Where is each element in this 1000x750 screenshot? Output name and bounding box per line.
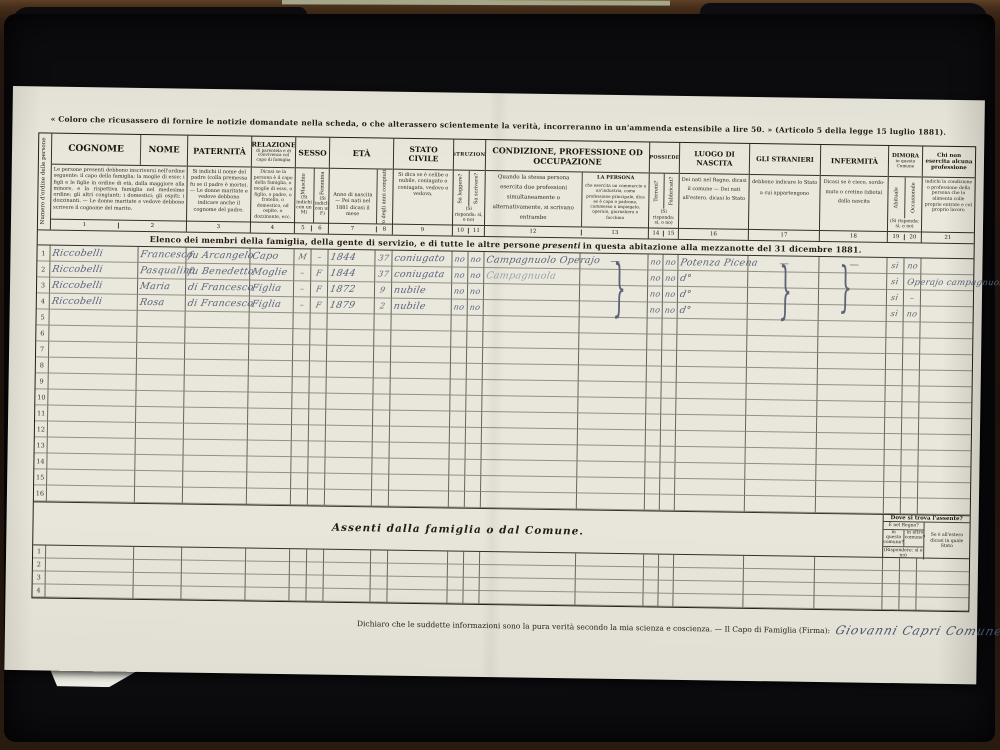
handwritten-entry: 1844	[329, 252, 356, 263]
handwritten-entry: F	[315, 301, 322, 310]
handwritten-entry: Riccobelli	[51, 248, 103, 259]
col-number: 21	[922, 234, 974, 241]
handwritten-entry: no	[664, 258, 676, 267]
handwritten-entry: no	[649, 306, 661, 315]
col-possiede: POSSIEDE Terreni? Fabbricati? (Si rispon…	[649, 142, 680, 238]
femmina-label: Femmina	[320, 172, 325, 196]
handwritten-entry: Maria	[139, 281, 171, 292]
handwritten-entry: fu Arcangelo	[187, 250, 254, 261]
handwritten-entry: sì	[890, 293, 899, 302]
nome-title: NOME	[141, 135, 187, 166]
handwritten-entry: 37	[377, 270, 389, 279]
handwritten-entry: no	[453, 303, 465, 312]
handwritten-entry: no	[470, 255, 482, 264]
handwritten-entry: 1844	[329, 268, 356, 279]
handwritten-entry: Moglie	[251, 267, 288, 278]
handwritten-entry: no	[664, 290, 676, 299]
handwritten-entry: nubile	[393, 285, 427, 296]
luogo-nascita-note: Dei nati nel Regno, dicasi il comune — D…	[679, 174, 748, 206]
handwritten-entry: no	[453, 287, 465, 296]
handwritten-entry: no	[454, 271, 466, 280]
col-number: 16	[679, 231, 748, 238]
handwritten-entry: Riccobelli	[51, 280, 103, 291]
col-number: 8	[377, 226, 392, 232]
paternita-title: PATERNITÀ	[188, 136, 251, 168]
stranieri-note: debbono indicare lo Stato a cui apparten…	[749, 175, 819, 201]
row-number: 14	[36, 457, 44, 465]
handwritten-entry: 1872	[329, 284, 356, 295]
terreni-label: Terreni?	[654, 181, 659, 202]
istruzione-title: ISTRUZIONE	[454, 140, 485, 171]
row-number: 11	[37, 409, 45, 417]
possiede-note: (Si risponda: sì, o no)	[649, 209, 678, 228]
head-of-family-signature: Giovanni Capri Comunegro —	[834, 623, 1000, 638]
col-number: 20	[905, 234, 921, 240]
col-number: 14	[649, 230, 664, 236]
col-number: 18	[820, 233, 887, 240]
handwritten-entry: no	[649, 290, 661, 299]
census-sheet: « Coloro che ricusassero di fornire le n…	[4, 86, 985, 684]
row-number: 9	[39, 377, 43, 385]
handwritten-entry: sì	[890, 309, 899, 318]
col-number: 19	[888, 234, 905, 240]
col-eta: ETÀ Anno di nascita — Pei nati nel 1881 …	[329, 138, 394, 235]
chi-non-title: Chi non esercita alcuna professione	[923, 147, 975, 179]
col-number: 7	[329, 226, 377, 233]
handwritten-entry: di Francesco	[187, 282, 255, 293]
handwritten-entry: Campagnuola	[485, 270, 557, 281]
cognome-title: COGNOME	[52, 134, 141, 165]
handwritten-entry: –	[299, 300, 305, 309]
handwritten-entry: sì	[891, 277, 900, 286]
col-luogo-nascita: LUOGO DI NASCITA Dei nati nel Regno, dic…	[679, 143, 750, 240]
handwritten-entry: no	[469, 287, 481, 296]
col-number: 1	[51, 222, 119, 229]
col-number: 2	[119, 223, 186, 230]
handwritten-entry: –	[317, 253, 323, 262]
questo-comune-label: in questo comune?	[883, 530, 905, 546]
row-number: 8	[40, 361, 44, 369]
handwritten-entry: coniugata	[393, 269, 445, 280]
handwritten-entry: no	[906, 261, 918, 270]
col-number: 17	[749, 232, 819, 239]
handwritten-entry: Operajo campagnuolo	[906, 277, 1000, 287]
handwritten-entry: d°	[679, 305, 692, 316]
luogo-nascita-title: LUOGO DI NASCITA	[680, 143, 749, 175]
cognome-nome-note: Le persone presenti debbono inscriversi …	[51, 165, 187, 215]
relazione-subtitle: di parentela e di convivenza col capo di…	[252, 148, 295, 162]
condizione-note-b: che esercita un commercio o un'industria…	[582, 180, 649, 222]
col-number: 11	[469, 228, 484, 234]
maschio-label: Maschio	[302, 173, 307, 194]
handwritten-entry: d°	[679, 289, 692, 300]
handwritten-entry: no	[649, 274, 661, 283]
handwritten-entry: coniugato	[393, 253, 445, 264]
handwritten-entry: 1879	[329, 300, 356, 311]
handwritten-entry: –	[909, 293, 915, 302]
handwritten-entry: Capo	[251, 251, 279, 262]
handwritten-entry: nubile	[393, 301, 427, 312]
col-number: 5	[295, 225, 312, 231]
photo-of-census-sheet: « Coloro che ricusassero di fornire le n…	[0, 0, 1000, 750]
femmina-note: (Si indichi con un F)	[314, 195, 329, 219]
relazione-note: Dicasi se la persona è il capo della fam…	[251, 168, 295, 223]
stato-civile-title: STATO CIVILE	[394, 139, 453, 171]
dimora-subtitle: in questo Comune	[889, 159, 922, 169]
handwritten-entry: no	[649, 258, 661, 267]
col-chi-non-esercita: Chi non esercita alcuna professione indi…	[922, 147, 975, 244]
handwritten-entry: Campagnuolo Operajo	[485, 255, 601, 266]
condizione-note-a: Quando la stessa persona esercita due pr…	[485, 171, 582, 226]
handwritten-entry: d°	[679, 273, 692, 284]
altro-comune-label: in altro comune?	[905, 530, 926, 546]
eta-title: ETÀ	[330, 138, 393, 170]
row-number: 16	[36, 489, 44, 497]
row-number: 1	[41, 249, 45, 257]
row-number: 4	[41, 297, 45, 305]
condizione-title: CONDIZIONE, PROFESSIONE OD OCCUPAZIONE	[486, 140, 649, 173]
background-highlight	[282, 0, 670, 6]
anno-nascita-note: Anno di nascita — Pei nati nel 1881 dica…	[329, 190, 376, 220]
handwritten-entry: Rosa	[139, 297, 166, 308]
occasionale-label: Occasionale	[911, 182, 916, 213]
row-number: 4	[36, 586, 40, 594]
col-istruzione: ISTRUZIONE Sa leggere? Sa scrivere? (Si …	[453, 140, 486, 236]
row-number: 15	[36, 473, 44, 481]
handwritten-entry: no	[454, 255, 466, 264]
istruzione-note: (Si risponda: sì, o no)	[453, 206, 484, 225]
col-number: 6	[312, 225, 328, 231]
col-number: 13	[582, 229, 648, 236]
handwritten-entry: sì	[891, 261, 900, 270]
col-sesso: SESSO Maschio(Si indichi con un M) Femmi…	[295, 137, 330, 233]
maschio-note: (Si indichi con un M)	[295, 194, 313, 218]
handwritten-entry: 2	[379, 302, 386, 311]
row-number: 3	[37, 573, 41, 581]
handwritten-entry: no	[664, 274, 676, 283]
numero-ordine-label: Numero d'ordine delle persone	[41, 133, 48, 229]
infermita-title: INFERMITÀ	[821, 145, 888, 177]
col-infermita: INFERMITÀ Dicasi se è cieco, sordo-muto …	[820, 145, 889, 242]
handwritten-entry: Francesco	[139, 249, 194, 260]
row-number: 2	[41, 265, 45, 273]
col-number: 10	[453, 228, 469, 234]
handwritten-entry: F	[315, 285, 322, 294]
declaration-line: Dichiaro che le suddette informazioni so…	[357, 615, 1000, 639]
row-number: 6	[40, 329, 44, 337]
anni-compiuti-label: Numero degli anni compiuti	[382, 169, 388, 223]
handwritten-entry: Potenza Picena	[679, 257, 758, 268]
handwritten-entry: –	[299, 268, 305, 277]
col-stato-civile: STATO CIVILE Si dica se è celibe o nubil…	[393, 139, 454, 236]
estero-label: Se è all'estero dicasi in quale Stato	[924, 523, 970, 560]
infermita-note: Dicasi se è cieco, sordo-muto o cretino …	[820, 176, 887, 209]
handwritten-entry: Figlia	[251, 299, 282, 310]
declaration-text: Dichiaro che le suddette informazioni so…	[357, 619, 830, 635]
handwritten-entry: —	[609, 256, 621, 267]
col-relazione: RELAZIONE di parentela e di convivenza c…	[251, 137, 296, 234]
sa-leggere-label: Sa leggere?	[458, 173, 463, 203]
dove-si-trova-box: Dove si trova l'assente? È nel Regno? in…	[882, 515, 970, 558]
handwritten-entry: di Francesco	[187, 298, 255, 309]
handwritten-entry: no	[664, 306, 676, 315]
paternita-note: Si indichi il nome del padre (colla prem…	[187, 167, 251, 216]
col-stranieri: GLI STRANIERI debbono indicare lo Stato …	[749, 144, 821, 241]
handwritten-entry: no	[906, 309, 918, 318]
handwritten-entry: 9	[379, 286, 386, 295]
handwritten-entry: 37	[377, 254, 389, 263]
census-table: Numero d'ordine delle persone COGNOME NO…	[31, 132, 976, 612]
table-header: Numero d'ordine delle persone COGNOME NO…	[38, 133, 975, 244]
col-condizione: CONDIZIONE, PROFESSIONE OD OCCUPAZIONE Q…	[485, 140, 650, 238]
abituale-label: Abituale	[894, 187, 899, 208]
possiede-title: POSSIEDE	[650, 142, 679, 173]
col-paternita: PATERNITÀ Si indichi il nome del padre (…	[187, 136, 252, 233]
stato-civile-note: Si dica se è celibe o nubile, coniugato …	[393, 170, 452, 200]
row-number: 12	[37, 425, 45, 433]
row-number: 5	[40, 313, 44, 321]
handwritten-entry: –	[299, 284, 305, 293]
assenti-title: Assenti dalla famiglia o dal Comune.	[332, 522, 584, 538]
chi-non-note: indichi la condizione o professione dell…	[922, 178, 975, 217]
handwritten-entry: no	[469, 303, 481, 312]
col-number: 9	[393, 227, 452, 234]
handwritten-entry: Figlia	[251, 283, 282, 294]
handwritten-entry: F	[316, 269, 323, 278]
sa-scrivere-label: Sa scrivere?	[474, 173, 479, 204]
col-number: 15	[664, 231, 678, 237]
handwritten-entry: M	[297, 252, 307, 261]
row-number: 3	[41, 281, 45, 289]
stranieri-title: GLI STRANIERI	[750, 144, 820, 176]
row-number: 2	[37, 560, 41, 568]
handwritten-entry: —	[848, 259, 860, 270]
col-cognome-nome: COGNOME NOME Le persone presenti debbono…	[51, 134, 188, 232]
dimora-note: (Si risponda: sì, o no)	[888, 218, 921, 232]
col-number: 12	[485, 228, 582, 235]
main-rows: } } } 1RiccobelliFrancescofu ArcangeloCa…	[34, 245, 974, 515]
handwritten-entry: no	[470, 271, 482, 280]
handwritten-entry: fu Benedetto	[187, 266, 255, 277]
col-dimora: DIMORA in questo Comune Abituale Occasio…	[888, 146, 923, 242]
handwritten-entry: Riccobelli	[51, 296, 103, 307]
row-number: 7	[40, 345, 44, 353]
row-number: 10	[37, 393, 45, 401]
handwritten-entry: Riccobelli	[51, 264, 103, 275]
fabbricati-label: Fabbricati?	[669, 177, 674, 206]
col-number: 3	[187, 224, 250, 231]
row-number: 13	[36, 441, 44, 449]
sesso-title: SESSO	[296, 137, 329, 168]
handwritten-entry: —	[779, 258, 791, 269]
col-number: 4	[251, 225, 294, 232]
row-number: 1	[37, 547, 41, 555]
